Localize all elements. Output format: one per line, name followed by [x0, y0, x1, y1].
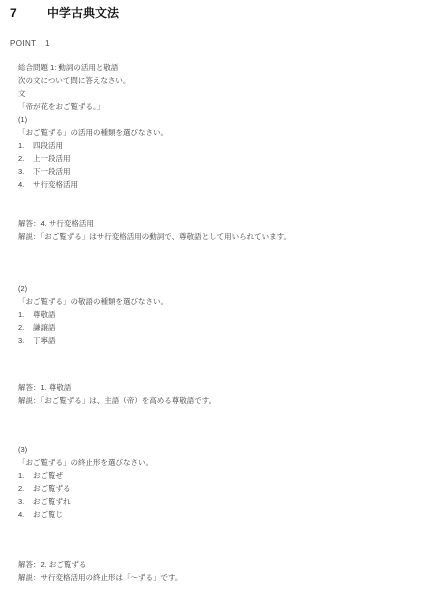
answer-3: 解答：2. おご覧ずる — [18, 558, 428, 571]
answer-2: 解答：1. 尊敬語 — [18, 381, 428, 394]
point-line: POINT 1 — [10, 37, 428, 50]
option-text: 丁寧語 — [33, 336, 56, 345]
answer-block-2: 解答：1. 尊敬語 解説：「おご覧ずる」は、主語（帝）を高める尊敬語です。 — [18, 381, 428, 407]
question-2-number: (2) — [18, 282, 428, 295]
option-text: おご覧ずる — [33, 484, 71, 493]
instruction-text: 次の文について問に答えなさい。 — [18, 74, 428, 87]
question-2-option-1: 1.尊敬語 — [18, 308, 428, 321]
question-2-prompt: 「おご覧ずる」の敬語の種類を選びなさい。 — [18, 295, 428, 308]
option-text: 下一段活用 — [33, 167, 71, 176]
question-3: (3) 「おご覧ずる」の終止形を選びなさい。 1.おご覧ぜ 2.おご覧ずる 3.… — [18, 443, 428, 521]
point-number: 1 — [45, 39, 50, 48]
option-number: 2. — [18, 482, 33, 495]
explanation-3: 解説：サ行変格活用の終止形は「～ずる」です。 — [18, 571, 428, 584]
document-page: 7 中学古典文法 POINT 1 総合問題 1: 動詞の活用と敬語 次の文につい… — [0, 0, 428, 600]
option-number: 4. — [18, 178, 33, 191]
option-number: 2. — [18, 321, 33, 334]
question-3-option-2: 2.おご覧ずる — [18, 482, 428, 495]
explanation-1: 解説：「おご覧ずる」はサ行変格活用の動詞で、尊敬語として用いられています。 — [18, 230, 428, 243]
answer-block-3: 解答：2. おご覧ずる 解説：サ行変格活用の終止形は「～ずる」です。 — [18, 558, 428, 584]
option-text: おご覧じ — [33, 510, 63, 519]
explanation-2: 解説：「おご覧ずる」は、主語（帝）を高める尊敬語です。 — [18, 394, 428, 407]
question-1-option-4: 4.サ行変格活用 — [18, 178, 428, 191]
option-number: 4. — [18, 508, 33, 521]
question-1-prompt: 「おご覧ずる」の活用の種類を選びなさい。 — [18, 126, 428, 139]
option-number: 1. — [18, 308, 33, 321]
option-text: 上一段活用 — [33, 154, 71, 163]
option-text: 尊敬語 — [33, 310, 56, 319]
question-3-option-1: 1.おご覧ぜ — [18, 469, 428, 482]
option-number: 3. — [18, 495, 33, 508]
question-2-option-3: 3.丁寧語 — [18, 334, 428, 347]
answer-block-1: 解答：4. サ行変格活用 解説：「おご覧ずる」はサ行変格活用の動詞で、尊敬語とし… — [18, 217, 428, 243]
question-1: (1) 「おご覧ずる」の活用の種類を選びなさい。 1.四段活用 2.上一段活用 … — [18, 113, 428, 191]
option-text: 謙譲語 — [33, 323, 56, 332]
answer-1: 解答：4. サ行変格活用 — [18, 217, 428, 230]
question-2-option-2: 2.謙譲語 — [18, 321, 428, 334]
option-text: おご覧ぜ — [33, 471, 63, 480]
question-1-number: (1) — [18, 113, 428, 126]
option-number: 1. — [18, 139, 33, 152]
option-number: 1. — [18, 469, 33, 482]
option-number: 3. — [18, 165, 33, 178]
option-number: 2. — [18, 152, 33, 165]
option-text: サ行変格活用 — [33, 180, 78, 189]
example-sentence: 「帝が花をおご覧ずる。」 — [18, 100, 428, 113]
question-3-option-4: 4.おご覧じ — [18, 508, 428, 521]
option-text: 四段活用 — [33, 141, 63, 150]
option-text: おご覧ずれ — [33, 497, 71, 506]
option-number: 3. — [18, 334, 33, 347]
chapter-number: 7 — [10, 6, 17, 20]
doc-header: 7 中学古典文法 — [0, 0, 428, 20]
question-3-prompt: 「おご覧ずる」の終止形を選びなさい。 — [18, 456, 428, 469]
worksheet-content: 総合問題 1: 動詞の活用と敬語 次の文について問に答えなさい。 文 「帝が花を… — [18, 61, 428, 584]
page-title: 中学古典文法 — [47, 6, 119, 20]
sentence-label: 文 — [18, 87, 428, 100]
question-1-option-1: 1.四段活用 — [18, 139, 428, 152]
section-heading: 総合問題 1: 動詞の活用と敬語 — [18, 61, 428, 74]
intro-block: 総合問題 1: 動詞の活用と敬語 次の文について問に答えなさい。 文 「帝が花を… — [18, 61, 428, 113]
question-2: (2) 「おご覧ずる」の敬語の種類を選びなさい。 1.尊敬語 2.謙譲語 3.丁… — [18, 282, 428, 347]
question-3-number: (3) — [18, 443, 428, 456]
question-1-option-2: 2.上一段活用 — [18, 152, 428, 165]
question-1-option-3: 3.下一段活用 — [18, 165, 428, 178]
question-3-option-3: 3.おご覧ずれ — [18, 495, 428, 508]
point-label: POINT — [10, 39, 36, 48]
